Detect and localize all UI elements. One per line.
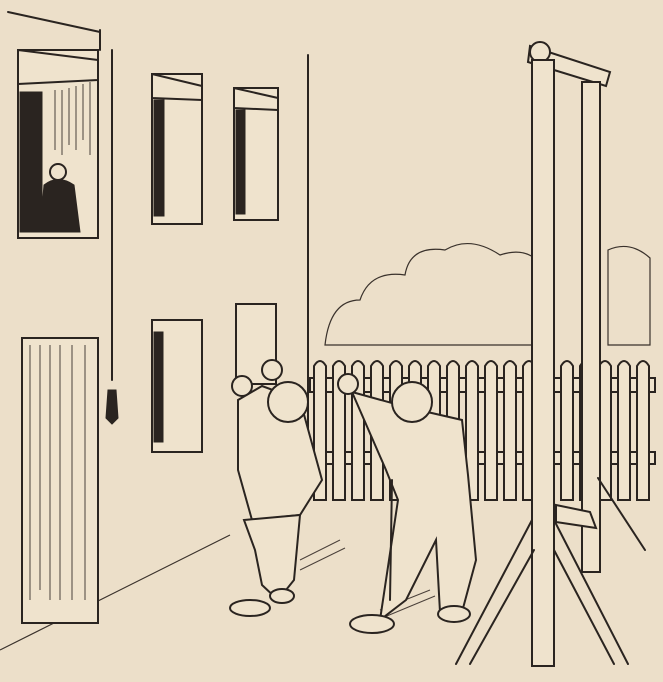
bushes [325, 244, 650, 345]
drawing [0, 0, 663, 682]
man-left [230, 360, 322, 616]
illustration [0, 0, 663, 682]
upper-windows [152, 74, 278, 224]
guillotine [456, 42, 645, 666]
picket-fence [310, 361, 655, 500]
window-with-figure [18, 50, 98, 238]
